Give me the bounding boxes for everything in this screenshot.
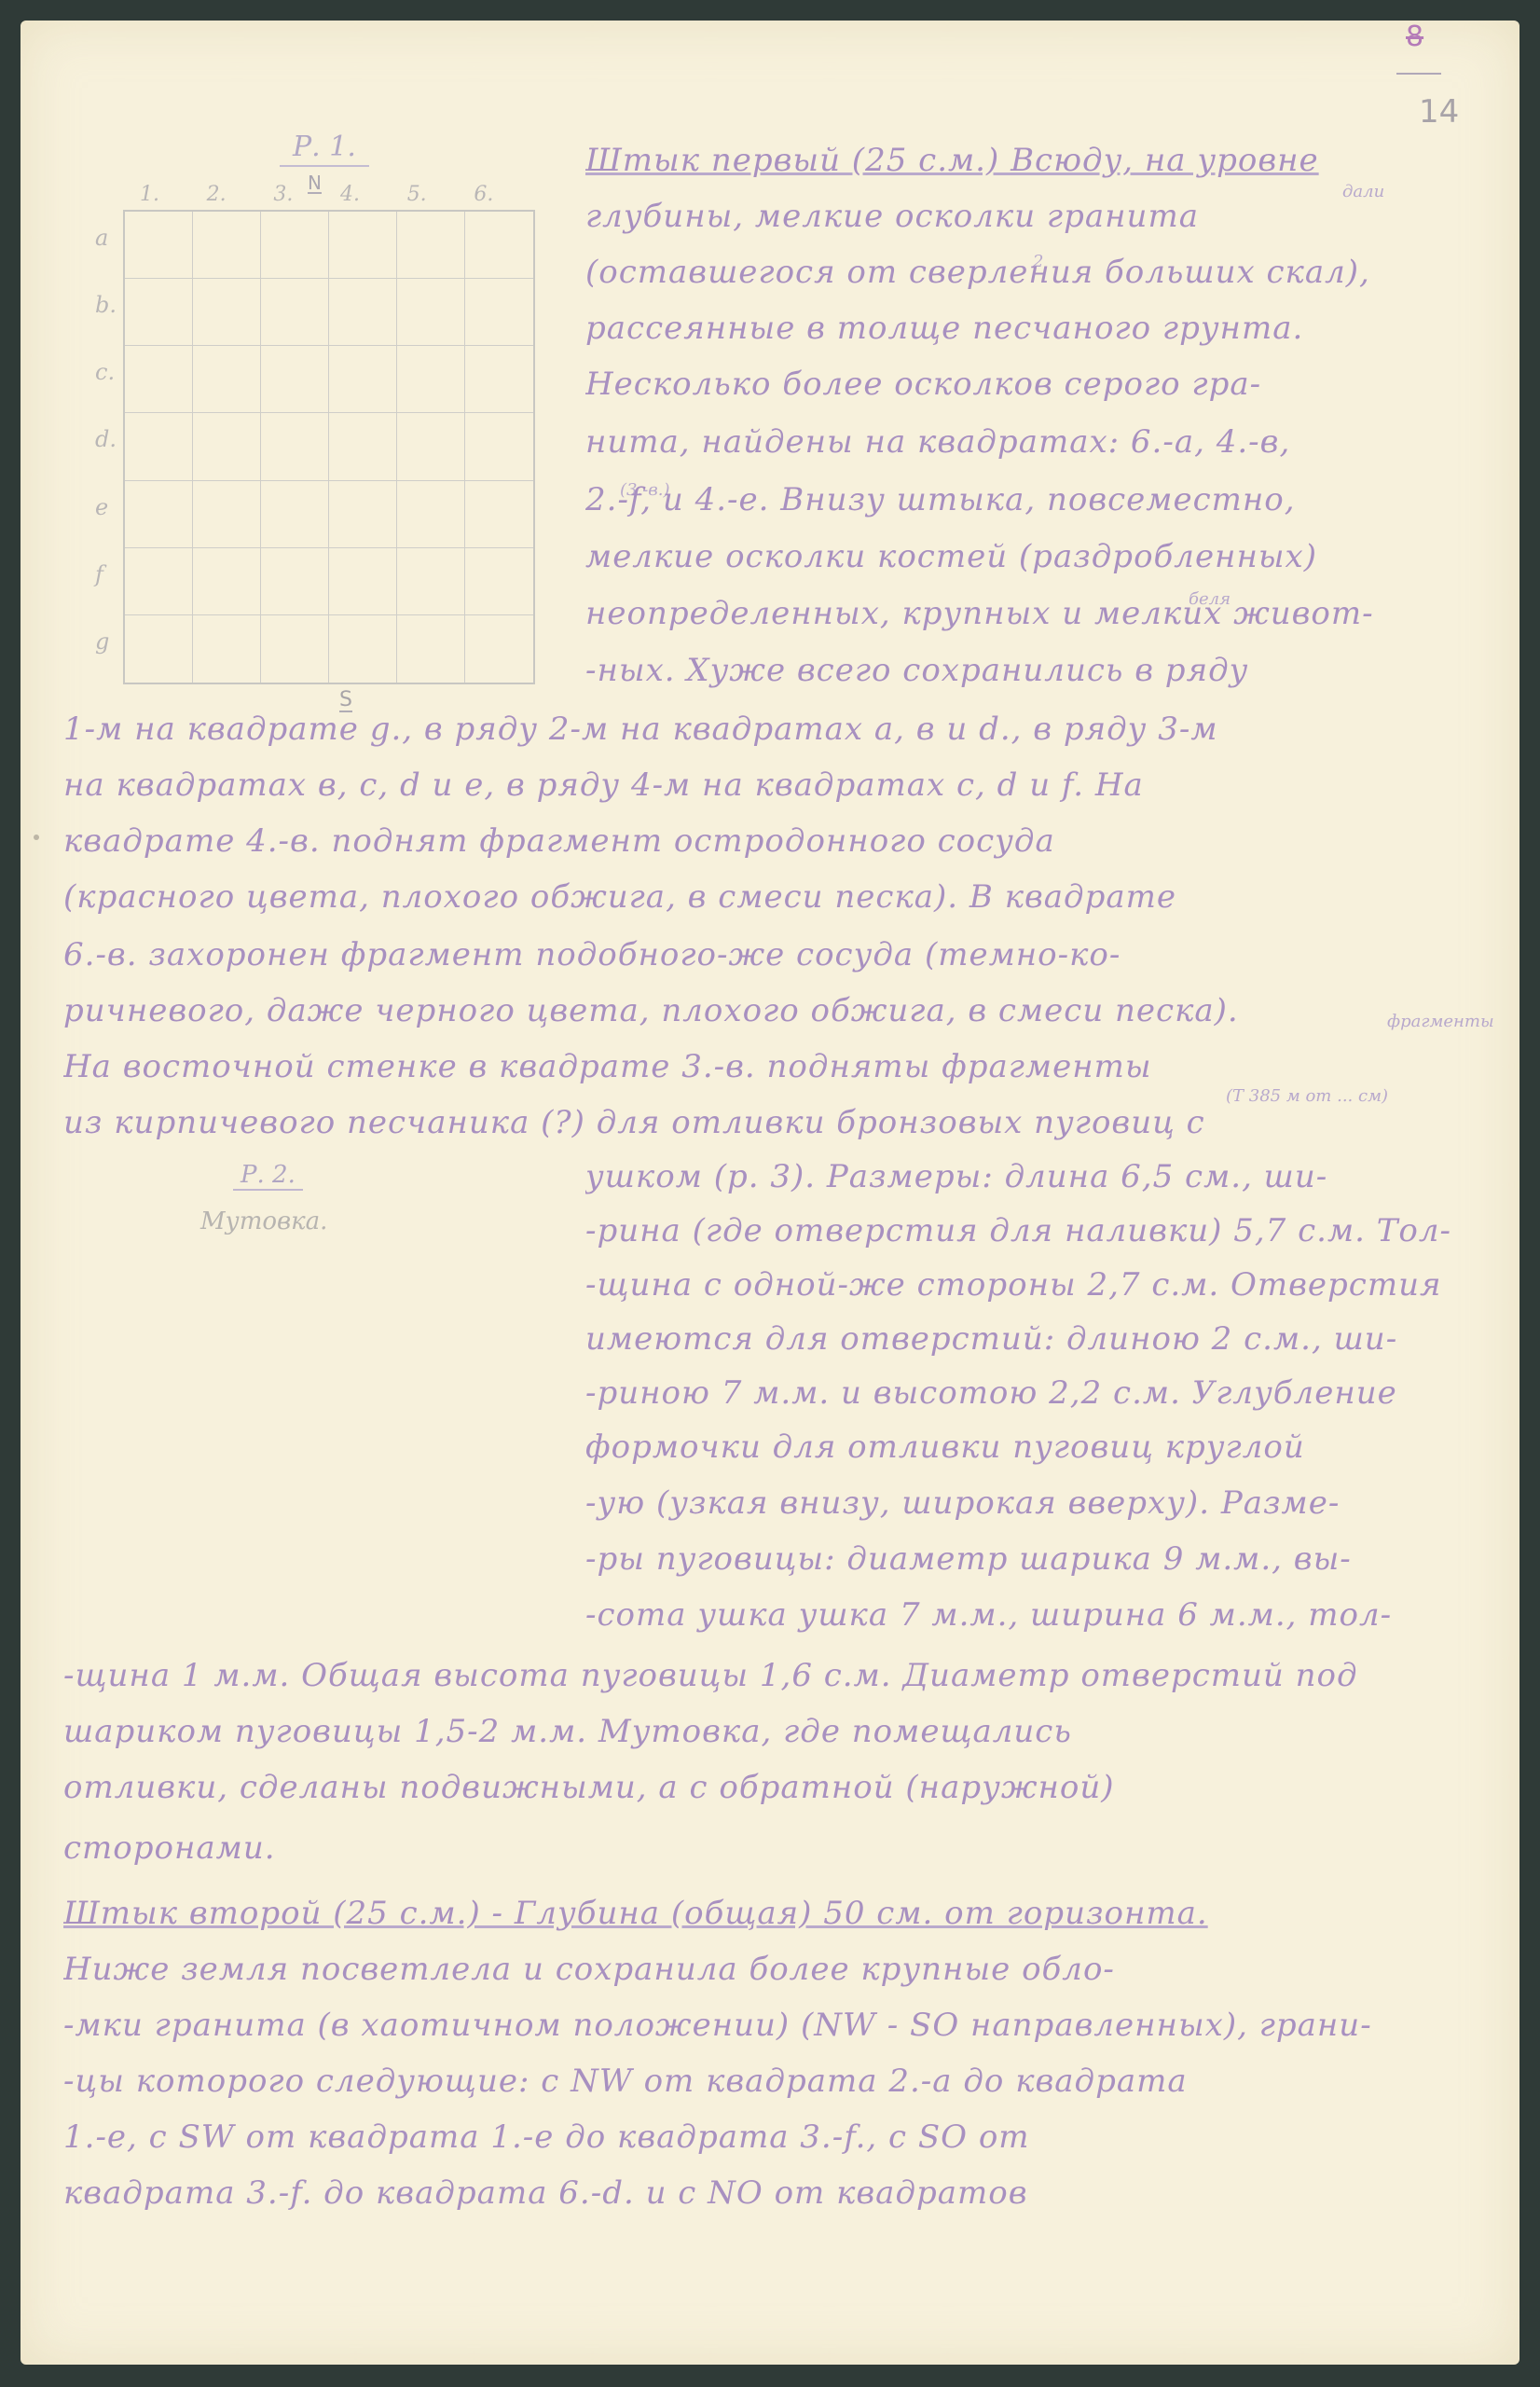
text-line: -сота ушка ушка 7 м.м., ширина 6 м.м., т… <box>585 1594 1485 1637</box>
section-heading: Штык первый (25 с.м.) Всюду, на уровне <box>585 142 1319 179</box>
text-line: ушком (р. 3). Размеры: длина 6,5 см., ши… <box>585 1156 1485 1199</box>
grid-column-label: 2. <box>207 183 274 206</box>
text-line: имеются для отверстий: длиною 2 с.м., ши… <box>585 1318 1485 1361</box>
text-line: -цы которого следующие: с NW от квадрата… <box>63 2061 1485 2104</box>
text-line: квадрате 4.-в. поднят фрагмент остродонн… <box>63 821 1485 863</box>
text-line: Штык второй (25 с.м.) - Глубина (общая) … <box>63 1893 1485 1936</box>
text-line: рассеянные в толще песчаного грунта. <box>585 308 1485 351</box>
figure-1-title: Р. 1. <box>280 131 369 167</box>
text-line: 1.-е, с SW от квадрата 1.-е до квадрата … <box>63 2117 1485 2159</box>
text-line: формочки для отливки пуговиц круглой <box>585 1427 1485 1469</box>
figure-2-caption: Мутовка. <box>200 1207 327 1235</box>
grid-row-label: e <box>95 489 117 556</box>
text-line: неопределенных, крупных и мелких живот- <box>585 593 1485 636</box>
text-line: Ниже земля посветлела и сохранила более … <box>63 1949 1485 1992</box>
text-line: отливки, сделаны подвижными, а с обратно… <box>63 1767 1485 1810</box>
grid-column-labels: 1. 2. 3. 4. 5. 6. <box>140 183 541 206</box>
text-line: -риною 7 м.м. и высотою 2,2 с.м. Углубле… <box>585 1373 1485 1415</box>
section-heading: Штык второй (25 с.м.) - Глубина (общая) … <box>63 1895 1208 1932</box>
text-line: сторонами. <box>63 1828 1485 1870</box>
text-line: из кирпичевого песчаника (?) для отливки… <box>63 1102 1485 1145</box>
text-line: Несколько более осколков серого гра- <box>585 364 1485 407</box>
grid-column-label: 1. <box>140 183 207 206</box>
text-line: (красного цвета, плохого обжига, в смеси… <box>63 876 1485 919</box>
folio-number: 14 <box>1419 93 1459 131</box>
grid-column-label: 5. <box>407 183 474 206</box>
north-arrow-label: N <box>308 173 322 194</box>
folio-underline <box>1396 73 1441 75</box>
grid-row-label: f <box>95 556 117 623</box>
text-line: -щина 1 м.м. Общая высота пуговицы 1,6 с… <box>63 1655 1485 1698</box>
text-line: 6.-в. захоронен фрагмент подобного-же со… <box>63 934 1485 977</box>
folio-number-crossed-out: 8 <box>1406 21 1423 53</box>
text-line: -щина с одной-же стороны 2,7 с.м. Отверс… <box>585 1264 1485 1307</box>
grid-row-label: c. <box>95 353 117 421</box>
text-line: -ую (узкая внизу, широкая вверху). Разме… <box>585 1483 1485 1525</box>
excavation-grid <box>123 210 535 684</box>
text-line: -ры пуговицы: диаметр шарика 9 м.м., вы- <box>585 1538 1485 1581</box>
text-line: 2.-f, и 4.-е. Внизу штыка, повсеместно, <box>585 479 1485 522</box>
grid-row-label: g <box>95 623 117 690</box>
text-line: шариком пуговицы 1,5-2 м.м. Мутовка, где… <box>63 1711 1485 1754</box>
grid-row-label: a <box>95 219 117 286</box>
grid-row-label: b. <box>95 286 117 353</box>
text-line: нита, найдены на квадратах: 6.-а, 4.-в, <box>585 421 1485 464</box>
grid-row-label: d. <box>95 421 117 488</box>
text-line: (оставшегося от сверления больших скал), <box>585 252 1485 295</box>
text-line: -ных. Хуже всего сохранились в ряду <box>585 650 1485 693</box>
text-line: -мки гранита (в хаотичном положении) (NW… <box>63 2005 1485 2048</box>
figure-2-title: Р. 2. <box>233 1161 303 1191</box>
text-line: ричневого, даже черного цвета, плохого о… <box>63 990 1485 1033</box>
text-line: на квадратах в, с, d и е, в ряду 4-м на … <box>63 765 1485 807</box>
grid-column-label: 6. <box>474 183 541 206</box>
text-line: глубины, мелкие осколки гранита <box>585 196 1485 239</box>
grid-column-label: 4. <box>340 183 407 206</box>
text-line: -рина (где отверстия для наливки) 5,7 с.… <box>585 1210 1485 1253</box>
text-line: Штык первый (25 с.м.) Всюду, на уровне <box>585 140 1485 183</box>
text-line: квадрата 3.-f. до квадрата 6.-d. и с NO … <box>63 2173 1485 2215</box>
text-line: мелкие осколки костей (раздробленных) <box>585 536 1485 579</box>
grid-row-labels: a b. c. d. e f g <box>95 219 117 690</box>
text-line: 1-м на квадрате g., в ряду 2-м на квадра… <box>63 709 1485 752</box>
margin-mark <box>34 835 39 840</box>
text-line: На восточной стенке в квадрате 3.-в. под… <box>63 1046 1485 1089</box>
